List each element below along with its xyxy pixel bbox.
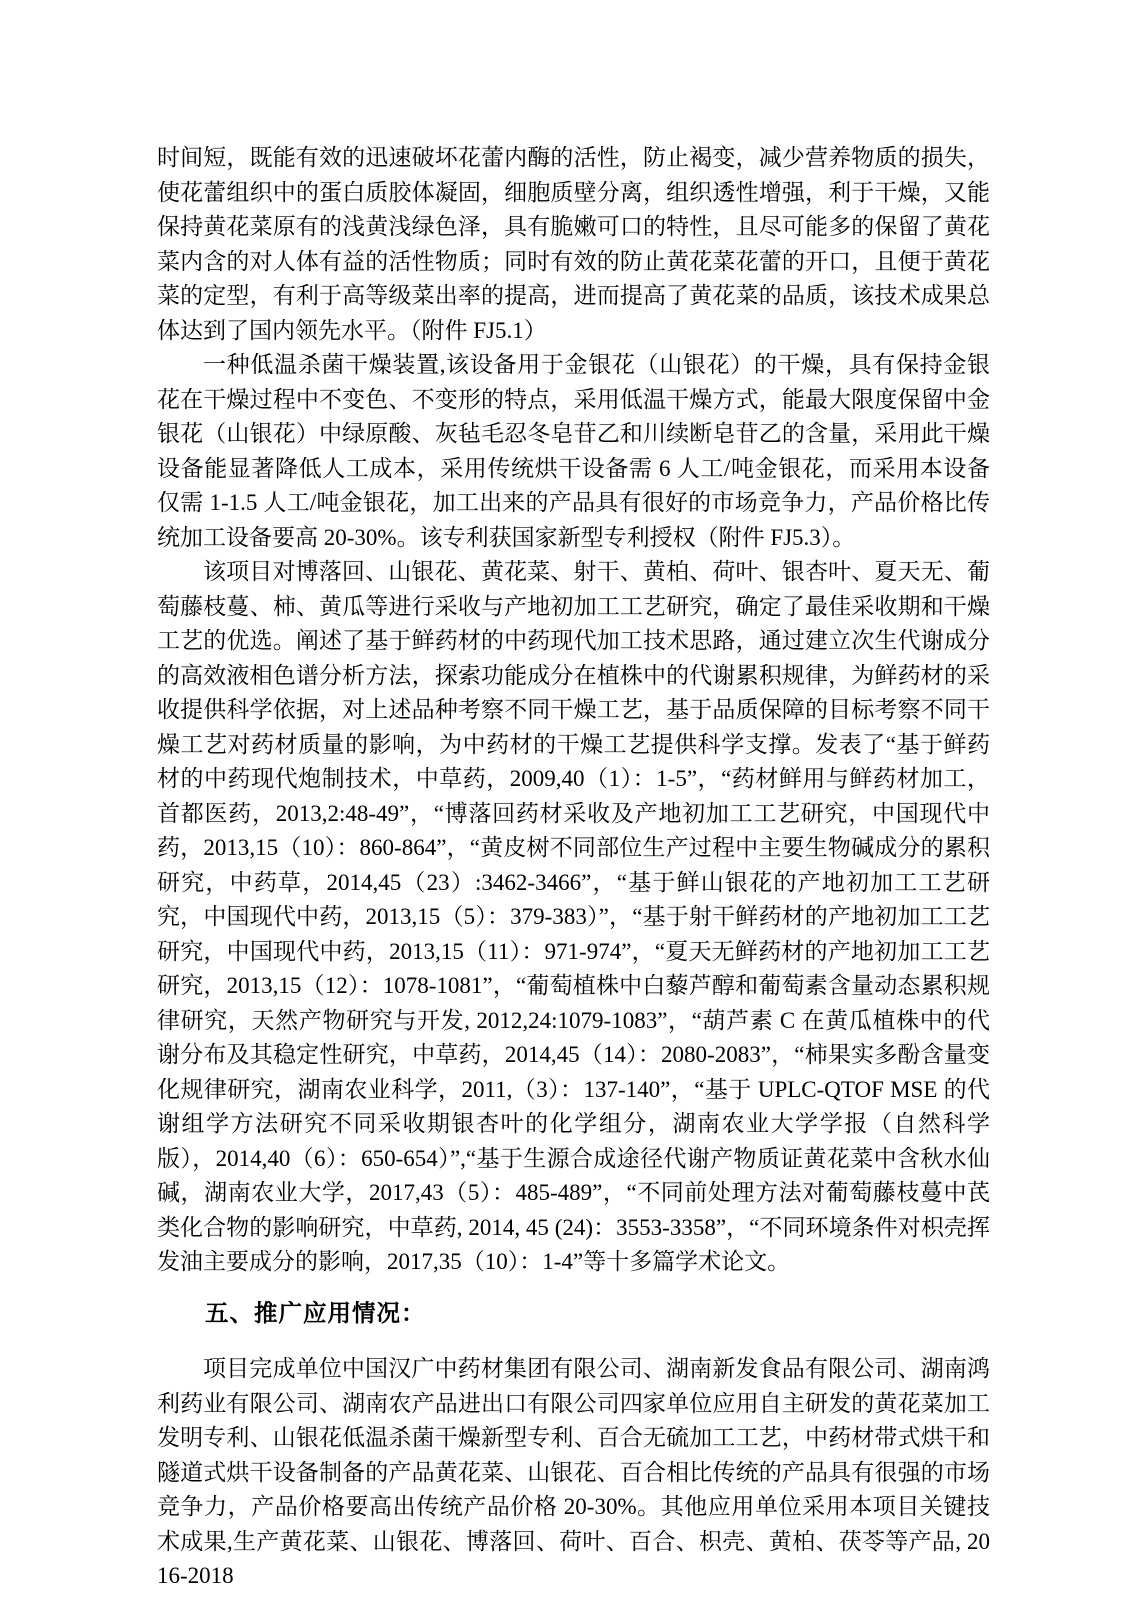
- section-heading-promotion-application: 五、推广应用情况：: [157, 1297, 990, 1332]
- paragraph-research-and-publications: 该项目对博落回、山银花、黄花菜、射干、黄柏、荷叶、银杏叶、夏天无、葡萄藤枝蔓、柿…: [157, 555, 990, 1280]
- paragraph-application-units: 项目完成单位中国汉广中药材集团有限公司、湖南新发食品有限公司、湖南鸿利药业有限公…: [157, 1352, 990, 1594]
- document-page: 时间短，既能有效的迅速破坏花蕾内酶的活性，防止褐变，减少营养物质的损失，使花蕾组…: [0, 0, 1131, 1600]
- paragraph-low-temp-sterilizing-dryer: 一种低温杀菌干燥装置,该设备用于金银花（山银花）的干燥，具有保持金银花在干燥过程…: [157, 348, 990, 555]
- paragraph-drying-tech-benefits: 时间短，既能有效的迅速破坏花蕾内酶的活性，防止褐变，减少营养物质的损失，使花蕾组…: [157, 141, 990, 348]
